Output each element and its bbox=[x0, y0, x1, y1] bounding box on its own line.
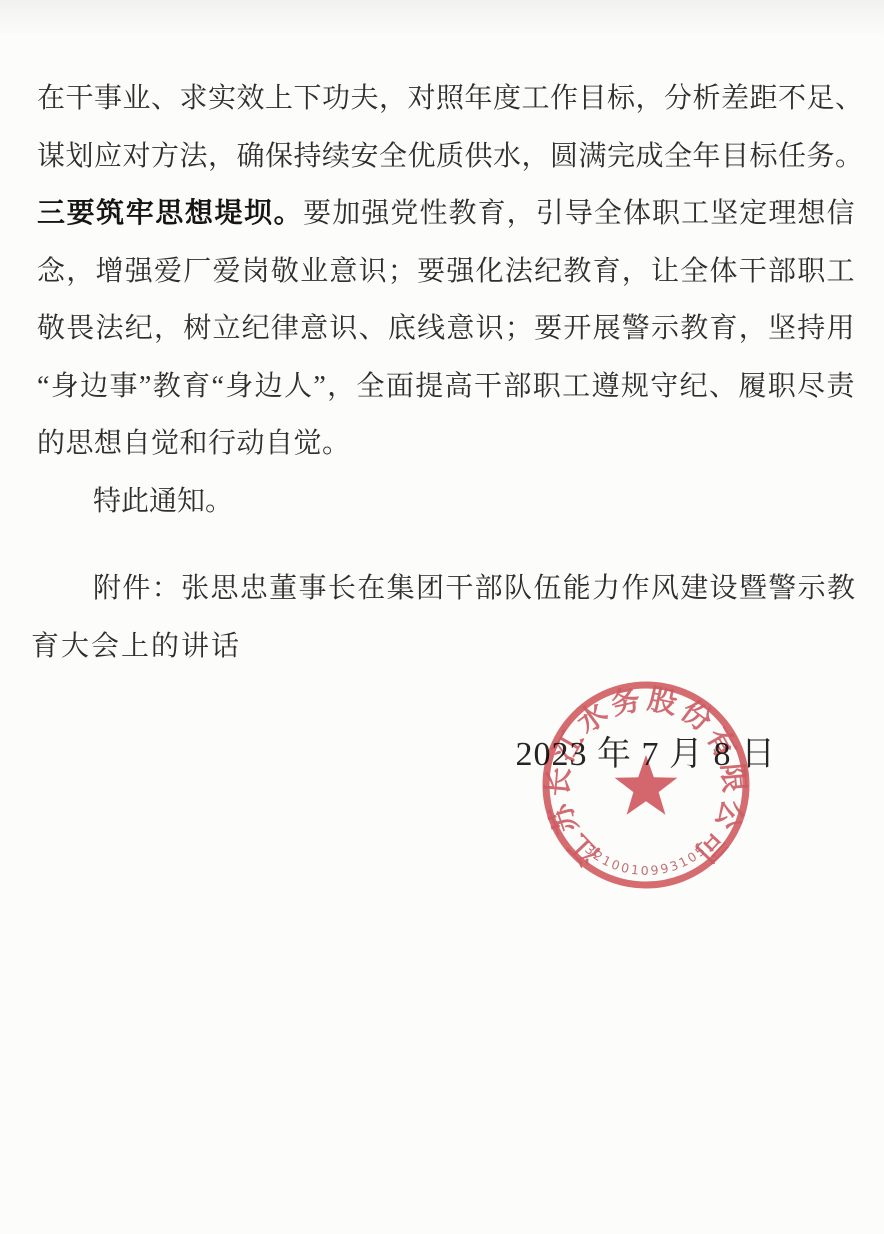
notice-body-paragraph: 在干事业、求实效上下功夫，对照年度工作目标，分析差距不足、 谋划应对方法，确保持… bbox=[37, 70, 855, 473]
bold-heading-segment: 三要筑牢思想堤坝。 bbox=[37, 198, 303, 229]
paragraph-gap bbox=[37, 530, 855, 560]
body-text-line: 念，增强爱厂爱岗敬业意识；要强化法纪教育，让全体干部职工 bbox=[37, 243, 855, 301]
body-text-line: “身边事”教育“身边人”，全面提高干部职工遵规守纪、履职尽责 bbox=[37, 358, 855, 416]
body-text-line: 谋划应对方法，确保持续安全优质供水，圆满完成全年目标任务。 bbox=[37, 128, 855, 186]
body-text-line: 三要筑牢思想堤坝。要加强党性教育，引导全体职工坚定理想信 bbox=[37, 185, 855, 243]
body-text-line: 的思想自觉和行动自觉。 bbox=[37, 415, 855, 473]
official-seal: 江苏长江水务股份有限公司 3210010993105 bbox=[516, 655, 776, 915]
body-text-line: 敬畏法纪，树立纪律意识、底线意识；要开展警示教育，坚持用 bbox=[37, 300, 855, 358]
attachment-line-1: 附件：张思忠董事长在集团干部队伍能力作风建设暨警示教 bbox=[37, 560, 855, 618]
body-text-segment: 要加强党性教育，引导全体职工坚定理想信 bbox=[303, 198, 855, 229]
body-text-line: 在干事业、求实效上下功夫，对照年度工作目标，分析差距不足、 bbox=[37, 70, 855, 128]
seal-star-icon bbox=[615, 755, 678, 815]
closing-line: 特此通知。 bbox=[37, 473, 855, 531]
scanned-notice-page: 在干事业、求实效上下功夫，对照年度工作目标，分析差距不足、 谋划应对方法，确保持… bbox=[0, 0, 884, 1234]
